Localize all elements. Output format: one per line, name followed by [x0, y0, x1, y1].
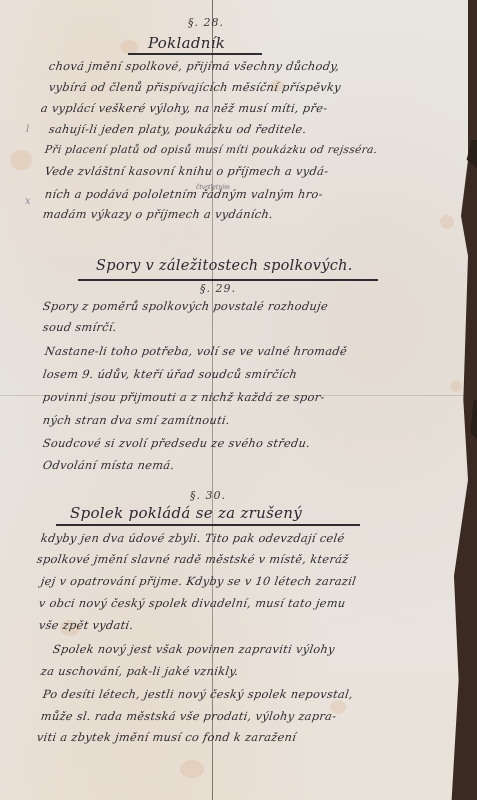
text-line: viti a zbytek jmění musí co fond k zaraž… — [36, 731, 297, 744]
text-line: Při placení platů od opisů musí míti pou… — [44, 144, 378, 156]
text-line: vybírá od členů přispívajících měsíční p… — [48, 81, 342, 94]
text-line: chová jmění spolkové, přijímá všechny dů… — [48, 60, 340, 73]
section-heading: Spory v záležitostech spolkových. — [96, 258, 353, 274]
text-line: Po desíti létech, jestli nový český spol… — [42, 688, 354, 701]
margin-mark: x — [25, 196, 31, 207]
text-line: povinni jsou přijmouti a z nichž každá z… — [42, 391, 326, 404]
section-number: §. 29. — [200, 282, 236, 295]
section-number: §. 28. — [188, 16, 224, 29]
heading-underline — [56, 524, 360, 526]
section-number: §. 30. — [190, 489, 226, 502]
text-line: vše zpět vydati. — [38, 619, 134, 632]
text-line: ních a podává pololetním řádným valným h… — [44, 188, 324, 201]
text-line: sahují-li jeden platy, poukázku od ředit… — [48, 123, 307, 136]
text-line: soud smírčí. — [42, 321, 118, 334]
text-line: a vyplácí veškeré výlohy, na něž musí mí… — [40, 102, 328, 115]
handwritten-document: §. 28. Pokladník chová jmění spolkové, p… — [0, 0, 468, 800]
text-line: jej v opatrování přijme. Kdyby se v 10 l… — [40, 575, 357, 588]
text-line: Spory z poměrů spolkových povstalé rozho… — [42, 300, 329, 313]
text-line: za uschování, pak-li jaké vznikly. — [40, 665, 239, 678]
text-line: v obci nový český spolek divadelní, musí… — [38, 597, 346, 610]
heading-underline — [78, 279, 378, 281]
text-line: Soudcové si zvolí předsedu ze svého stře… — [42, 437, 311, 450]
section-heading: Pokladník — [148, 34, 225, 52]
text-line: může sl. rada městská vše prodati, výloh… — [40, 710, 337, 723]
text-line: kdyby jen dva údové zbyli. Tito pak odev… — [40, 532, 345, 545]
text-line: Spolek nový jest však povinen zapraviti … — [52, 643, 336, 656]
heading-underline — [128, 53, 262, 55]
text-line: losem 9. údův, kteří úřad soudců smírčíc… — [42, 368, 298, 381]
text-line: spolkové jmění slavné radě městské v mís… — [36, 553, 349, 566]
margin-mark: l — [26, 124, 29, 135]
text-line: Nastane-li toho potřeba, volí se ve valn… — [44, 345, 348, 358]
text-line: Vede zvláštní kasovní knihu o příjmech a… — [44, 165, 329, 178]
text-line: madám výkazy o příjmech a vydáních. — [42, 208, 274, 221]
text-line: ných stran dva smí zamítnouti. — [42, 414, 231, 427]
section-heading: Spolek pokládá se za zrušený — [70, 504, 302, 522]
text-line: Odvolání místa nemá. — [42, 459, 175, 472]
